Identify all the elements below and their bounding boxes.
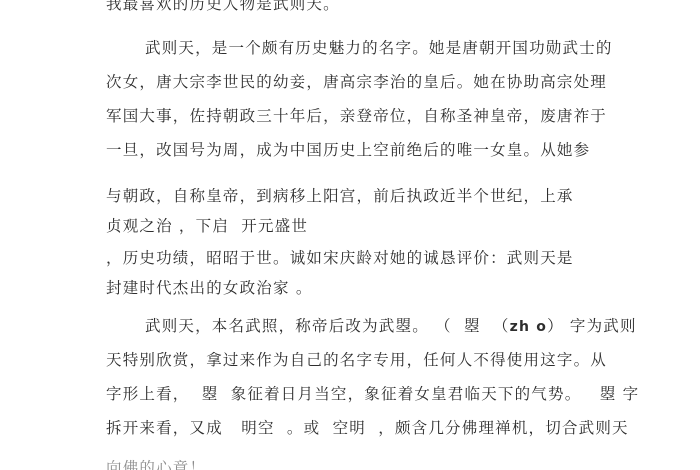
paragraph-2-line-1: 武则天，本名武照，称帝后改为武曌。 （ 曌 （zh o） 字为武则	[145, 316, 637, 337]
paragraph-2-line-2: 天特别欣赏，拿过来作为自己的名字专用，任何人不得使用这字。从	[106, 350, 607, 370]
paragraph-1-line-5: 与朝政，自称皇帝，到病移上阳宫，前后执政近半个世纪，上承	[106, 186, 574, 206]
paragraph-1-line-6: 贞观之治 ，下启 开元盛世	[106, 216, 308, 236]
paragraph-1-line-7: ，历史功绩，昭昭于世。诚如宋庆龄对她的诚恳评价：武则天是	[106, 248, 574, 268]
text-segment: 武则天，本名武照，称帝后改为武曌。 （ 曌 （	[145, 317, 510, 335]
paragraph-2-line-5: 向佛的心意！	[106, 458, 206, 470]
document-page: 我最喜欢的历史人物是武则天。 武则天，是一个颇有历史魅力的名字。她是唐朝开国功勋…	[0, 0, 700, 470]
text-segment: ） 字为武则	[547, 317, 637, 335]
paragraph-1-line-4: 一旦，改国号为周，成为中国历史上空前绝后的唯一女皇。从她参	[106, 140, 590, 160]
paragraph-1-line-1: 武则天，是一个颇有历史魅力的名字。她是唐朝开国功勋武士的	[145, 38, 613, 58]
intro-line: 我最喜欢的历史人物是武则天。	[106, 0, 340, 14]
paragraph-1-line-3: 军国大事，佐持朝政三十年后，亲登帝位，自称圣神皇帝，废唐祚于	[106, 106, 607, 126]
paragraph-2-line-4: 拆开来看，又成 明空 。或 空明 ，颇含几分佛理禅机，切合武则天	[106, 418, 629, 438]
paragraph-1-line-8: 封建时代杰出的女政治家 。	[106, 278, 313, 298]
paragraph-2-line-3: 字形上看， 曌 象征着日月当空，象征着女皇君临天下的气势。 曌 字	[106, 384, 639, 404]
paragraph-1-line-2: 次女，唐大宗李世民的幼妾，唐高宗李治的皇后。她在协助高宗处理	[106, 72, 607, 92]
pinyin-text: zh o	[510, 319, 547, 335]
